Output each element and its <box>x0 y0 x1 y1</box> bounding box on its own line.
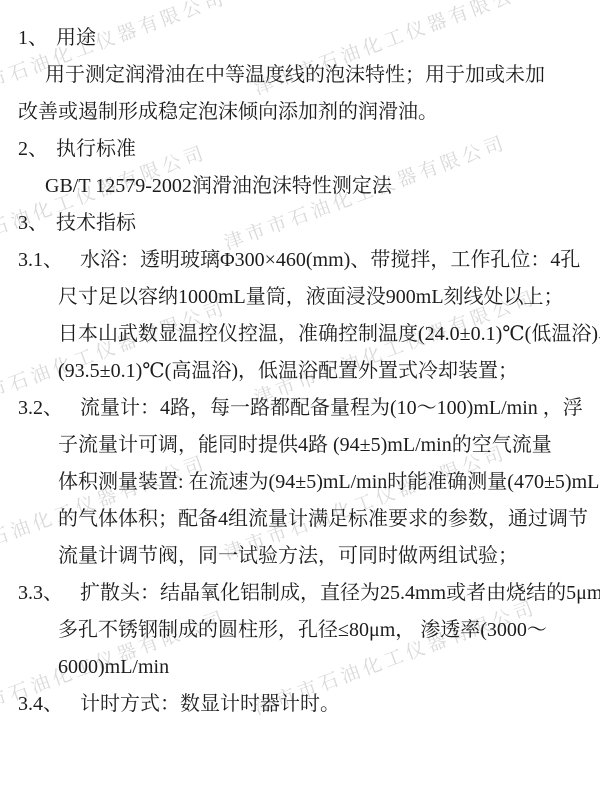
document-body: 1、 用途 用于测定润滑油在中等温度线的泡沫特性；用于加或未加 改善或遏制形成稳… <box>0 0 600 723</box>
section-2-title: 执行标准 <box>56 131 136 168</box>
section-1-title: 用途 <box>56 20 96 57</box>
document-page: 津市市石油化工仪器有限公司 津市市石油化工仪器有限公司 津市市石油化工仪器有限公… <box>0 0 600 800</box>
section-2-heading: 2、 执行标准 <box>18 131 586 168</box>
section-1-line: 改善或遏制形成稳定泡沫倾向添加剂的润滑油。 <box>18 94 586 131</box>
section-3-2-heading: 3.2、 流量计：4路，每一路都配备量程为(10～100)mL/min ，浮 <box>18 390 586 427</box>
section-3-2-line: 流量计调节阀，同一试验方法，可同时做两组试验； <box>18 538 586 575</box>
section-3-1-heading: 3.1、 水浴：透明玻璃Φ300×460(mm)、带搅拌，工作孔位：4孔 <box>18 242 586 279</box>
section-3-3-line: 6000)mL/min <box>18 649 586 686</box>
section-3-2-line: 流量计：4路，每一路都配备量程为(10～100)mL/min ，浮 <box>80 390 583 427</box>
section-3-3-line: 多孔不锈钢制成的圆柱形，孔径≤80μm， 渗透率(3000～ <box>18 612 586 649</box>
section-3-3-heading: 3.3、 扩散头：结晶氧化铝制成，直径为25.4mm或者由烧结的5μm <box>18 575 586 612</box>
section-3-2-number: 3.2、 <box>18 390 80 427</box>
section-3-3-line: 扩散头：结晶氧化铝制成，直径为25.4mm或者由烧结的5μm <box>80 575 600 612</box>
section-3-number: 3、 <box>18 205 56 242</box>
section-3-3-number: 3.3、 <box>18 575 80 612</box>
section-1-number: 1、 <box>18 20 56 57</box>
section-3-1-line: (93.5±0.1)℃(高温浴)，低温浴配置外置式冷却装置； <box>18 353 586 390</box>
section-2-number: 2、 <box>18 131 56 168</box>
section-3-4-number: 3.4、 <box>18 686 80 723</box>
section-3-2-line: 子流量计可调，能同时提供4路 (94±5)mL/min的空气流量 <box>18 427 586 464</box>
section-3-4-line: 计时方式：数显计时器计时。 <box>80 686 340 723</box>
section-3-2-line: 的气体体积；配备4组流量计满足标准要求的参数，通过调节 <box>18 501 586 538</box>
section-3-title: 技术指标 <box>56 205 136 242</box>
section-3-1-line: 日本山武数显温控仪控温，准确控制温度(24.0±0.1)℃(低温浴)、 <box>18 316 586 353</box>
section-3-1-line: 尺寸足以容纳1000mL量筒，液面浸没900mL刻线处以上； <box>18 279 586 316</box>
section-2-line: GB/T 12579-2002润滑油泡沫特性测定法 <box>18 168 586 205</box>
section-3-1-line: 水浴：透明玻璃Φ300×460(mm)、带搅拌，工作孔位：4孔 <box>80 242 580 279</box>
section-3-1-number: 3.1、 <box>18 242 80 279</box>
section-3-4-heading: 3.4、 计时方式：数显计时器计时。 <box>18 686 586 723</box>
section-3-2-line: 体积测量装置: 在流速为(94±5)mL/min时能准确测量(470±5)mL <box>18 464 586 501</box>
section-1-line: 用于测定润滑油在中等温度线的泡沫特性；用于加或未加 <box>18 57 586 94</box>
section-3-heading: 3、 技术指标 <box>18 205 586 242</box>
section-1-heading: 1、 用途 <box>18 20 586 57</box>
